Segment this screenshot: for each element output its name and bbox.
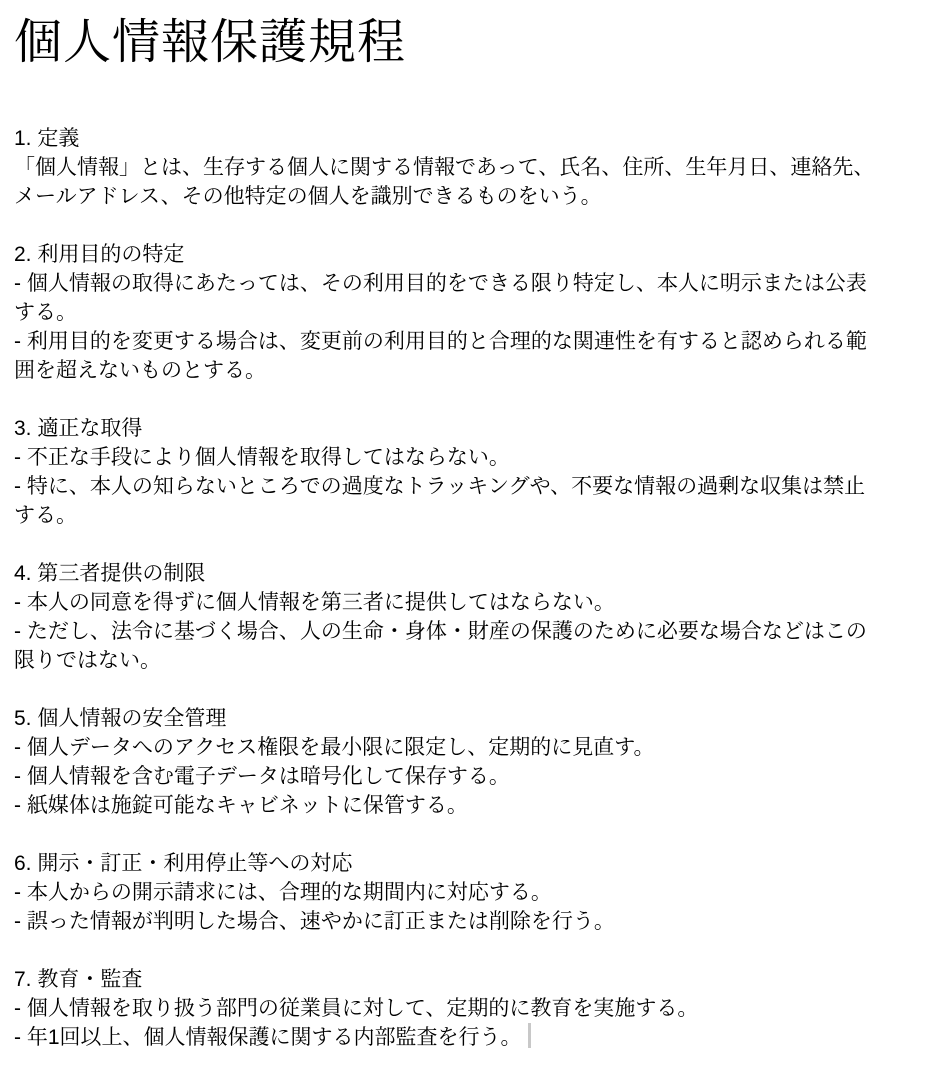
text-line: - 本人からの開示請求には、合理的な期間内に対応する。	[14, 878, 920, 907]
policy-section: 2. 利用目的の特定 - 個人情報の取得にあたっては、その利用目的をできる限り特…	[14, 240, 920, 385]
sections-container: 1. 定義 「個人情報」とは、生存する個人に関する情報であって、氏名、住所、生年…	[14, 124, 920, 1052]
text-line: - 本人の同意を得ずに個人情報を第三者に提供してはならない。	[14, 588, 920, 617]
text-line: する。	[14, 501, 920, 530]
section-heading: 4. 第三者提供の制限	[14, 559, 920, 588]
text-line: - 個人情報を含む電子データは暗号化して保存する。	[14, 762, 920, 791]
section-heading: 7. 教育・監査	[14, 965, 920, 994]
text-line: メールアドレス、その他特定の個人を識別できるものをいう。	[14, 182, 920, 211]
text-line: - ただし、法令に基づく場合、人の生命・身体・財産の保護のために必要な場合などは…	[14, 617, 920, 646]
text-line: - 年1回以上、個人情報保護に関する内部監査を行う。	[14, 1023, 920, 1052]
text-line: 「個人情報」とは、生存する個人に関する情報であって、氏名、住所、生年月日、連絡先…	[14, 153, 920, 182]
text-line: - 個人情報の取得にあたっては、その利用目的をできる限り特定し、本人に明示または…	[14, 269, 920, 298]
section-heading: 2. 利用目的の特定	[14, 240, 920, 269]
text-line: - 誤った情報が判明した場合、速やかに訂正または削除を行う。	[14, 907, 920, 936]
text-line: - 個人データへのアクセス権限を最小限に限定し、定期的に見直す。	[14, 733, 920, 762]
text-caret	[528, 1023, 531, 1048]
policy-section: 5. 個人情報の安全管理 - 個人データへのアクセス権限を最小限に限定し、定期的…	[14, 704, 920, 820]
policy-section: 7. 教育・監査 - 個人情報を取り扱う部門の従業員に対して、定期的に教育を実施…	[14, 965, 920, 1052]
text-editor-surface[interactable]: 個人情報保護規程 1. 定義 「個人情報」とは、生存する個人に関する情報であって…	[0, 0, 936, 1074]
policy-section: 3. 適正な取得 - 不正な手段により個人情報を取得してはならない。- 特に、本…	[14, 414, 920, 530]
policy-section: 6. 開示・訂正・利用停止等への対応 - 本人からの開示請求には、合理的な期間内…	[14, 849, 920, 936]
text-line: - 利用目的を変更する場合は、変更前の利用目的と合理的な関連性を有すると認められ…	[14, 327, 920, 356]
section-heading: 6. 開示・訂正・利用停止等への対応	[14, 849, 920, 878]
section-heading: 5. 個人情報の安全管理	[14, 704, 920, 733]
text-line: - 個人情報を取り扱う部門の従業員に対して、定期的に教育を実施する。	[14, 994, 920, 1023]
text-line: - 不正な手段により個人情報を取得してはならない。	[14, 443, 920, 472]
policy-section: 4. 第三者提供の制限 - 本人の同意を得ずに個人情報を第三者に提供してはならな…	[14, 559, 920, 675]
text-line: - 特に、本人の知らないところでの過度なトラッキングや、不要な情報の過剰な収集は…	[14, 472, 920, 501]
document-title: 個人情報保護規程	[14, 14, 920, 72]
text-line: 囲を超えないものとする。	[14, 356, 920, 385]
text-line: する。	[14, 298, 920, 327]
policy-section: 1. 定義 「個人情報」とは、生存する個人に関する情報であって、氏名、住所、生年…	[14, 124, 920, 211]
text-line: - 紙媒体は施錠可能なキャビネットに保管する。	[14, 791, 920, 820]
section-heading: 3. 適正な取得	[14, 414, 920, 443]
text-line: 限りではない。	[14, 646, 920, 675]
section-heading: 1. 定義	[14, 124, 920, 153]
